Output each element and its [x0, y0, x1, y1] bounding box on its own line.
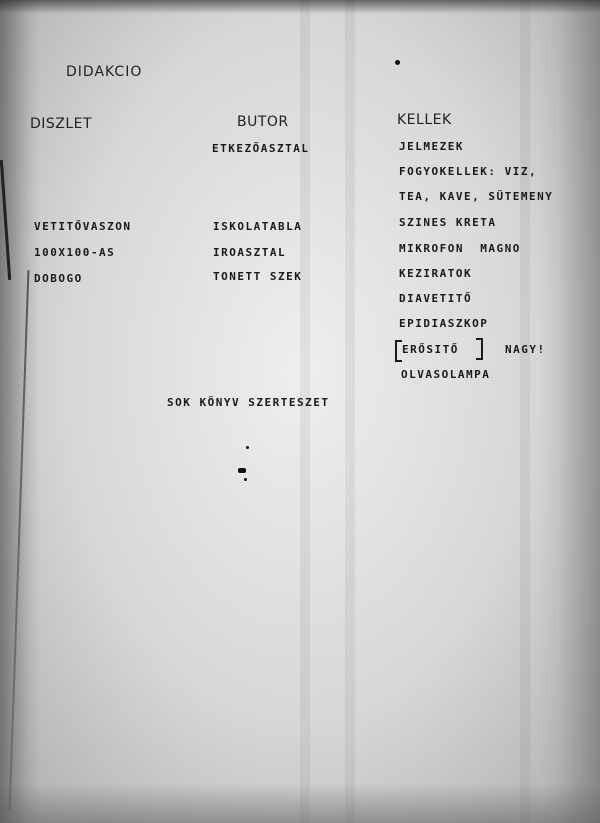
butor-item: ISKOLATABLA [213, 220, 302, 233]
bracket-right [476, 338, 483, 360]
kellek-annotation: NAGY! [505, 343, 546, 356]
footer-note: SOK KÖNYV SZERTESZET [167, 396, 329, 409]
kellek-item: MIKROFON MAGNO [399, 242, 521, 255]
scanned-page: DIDAKCIO DISZLET BUTOR KELLEK VETITŐVASZ… [0, 0, 600, 823]
kellek-item: DIAVETITŐ [399, 292, 472, 305]
diszlet-item: DOBOGO [34, 272, 83, 285]
diszlet-item: 100X100-AS [34, 246, 115, 259]
page-edge-shadow [540, 0, 600, 823]
scan-streak [520, 0, 530, 823]
kellek-item: EPIDIASZKOP [399, 317, 488, 330]
heading-kellek: KELLEK [397, 112, 452, 128]
bracket-left [395, 340, 402, 362]
kellek-item: FOGYOKELLEK: VIZ, [399, 165, 537, 178]
ink-speck [395, 60, 400, 65]
heading-butor: BUTOR [237, 114, 289, 130]
page-edge-shadow [0, 783, 600, 823]
page-edge-shadow [0, 0, 600, 14]
scan-streak [345, 0, 355, 823]
document-title: DIDAKCIO [66, 64, 142, 80]
kellek-item: TEA, KAVE, SÜTEMENY [399, 190, 553, 203]
kellek-item: SZINES KRETA [399, 216, 496, 229]
diszlet-item: VETITŐVASZON [34, 220, 131, 233]
kellek-item: KEZIRATOK [399, 267, 472, 280]
butor-item: IROASZTAL [213, 246, 286, 259]
ink-speck [238, 468, 246, 473]
heading-diszlet: DISZLET [30, 116, 92, 132]
ink-speck [244, 478, 247, 481]
butor-item: ETKEZŐASZTAL [212, 142, 309, 155]
scan-streak [300, 0, 310, 823]
kellek-item: OLVASOLAMPA [401, 368, 490, 381]
ink-speck [246, 446, 249, 449]
butor-item: TONETT SZEK [213, 270, 302, 283]
kellek-item: ERŐSITŐ [402, 343, 459, 356]
kellek-item: JELMEZEK [399, 140, 464, 153]
